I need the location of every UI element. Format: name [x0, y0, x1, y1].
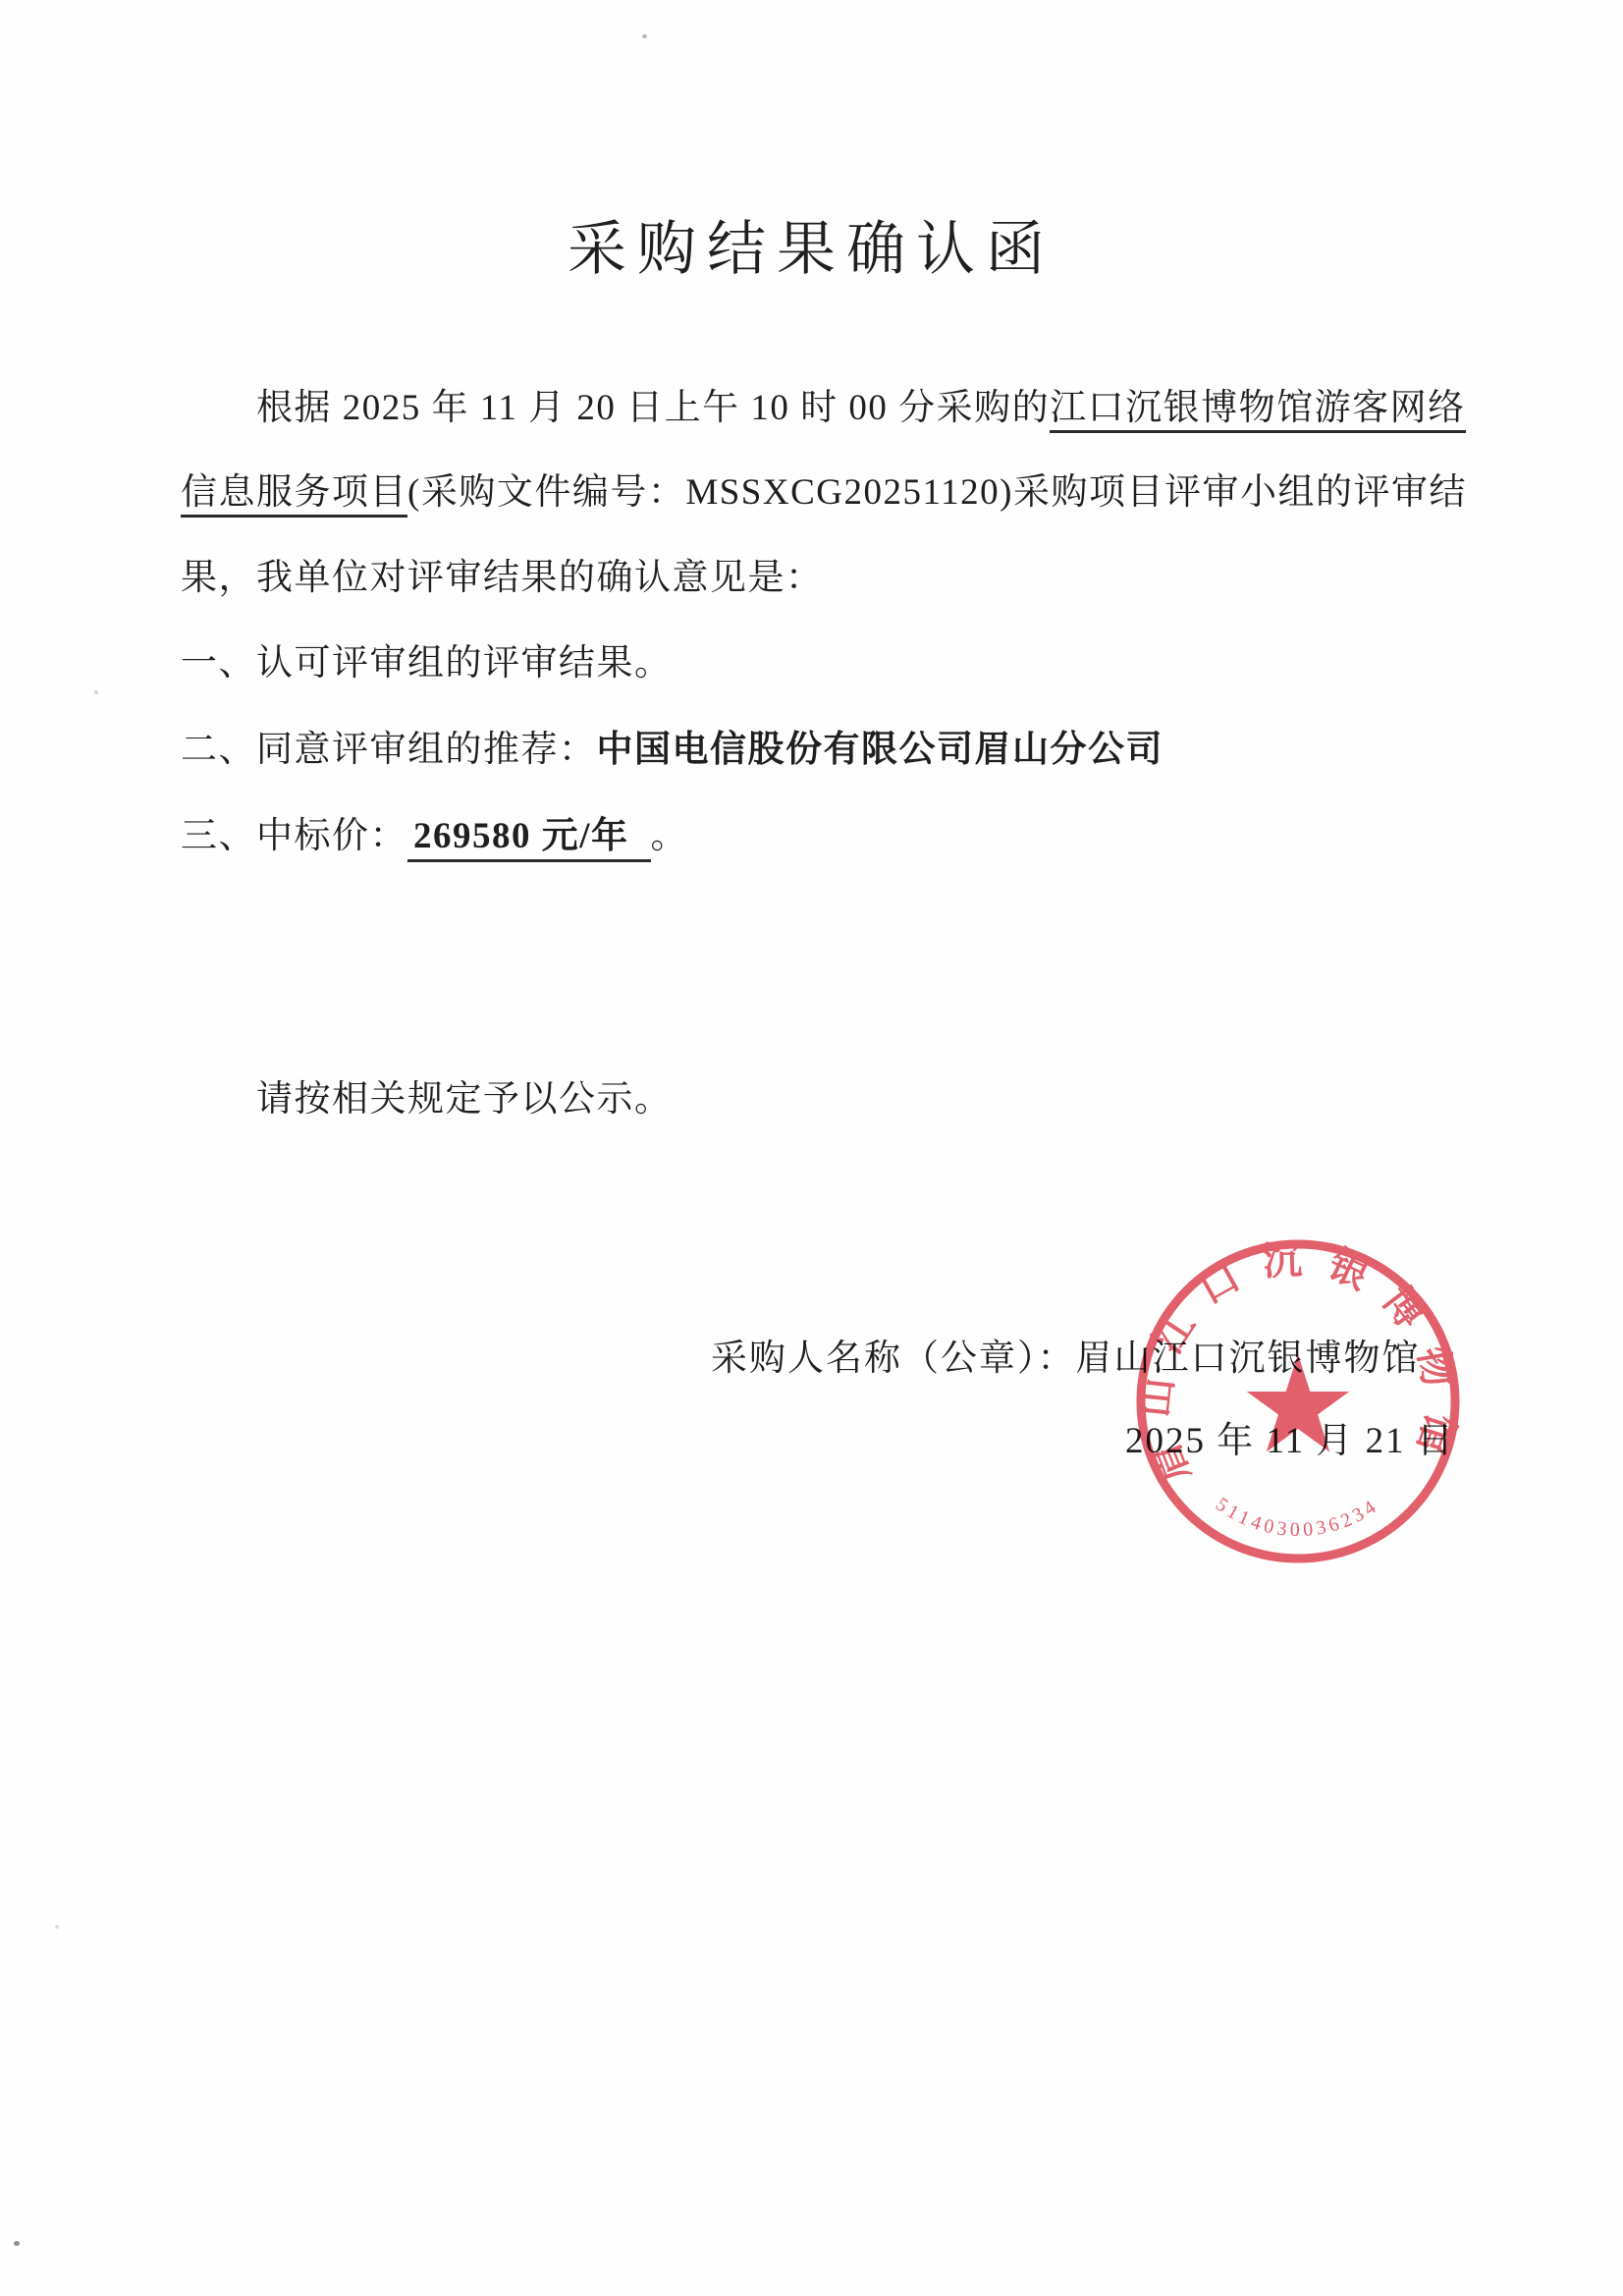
winning-price: 269580 元/年: [407, 816, 651, 862]
line2-text: (采购文件编号：MSSXCG20251120)采购项目评审小组的评审结: [407, 472, 1467, 513]
list-item-2: 二、同意评审组的推荐：中国电信股份有限公司眉山分公司: [181, 729, 1163, 772]
svg-text:5114030036234: 5114030036234: [1212, 1494, 1383, 1541]
item2-label: 二、同意评审组的推荐：: [181, 730, 597, 770]
winning-supplier-name: 中国电信股份有限公司眉山分公司: [597, 730, 1164, 770]
official-red-seal: 眉山江口沉银博物馆 5114030036234: [1102, 1205, 1494, 1598]
item3-label: 三、中标价：: [181, 816, 407, 856]
project-name-underlined-part2: 信息服务项目: [181, 472, 407, 518]
list-item-3: 三、中标价：269580 元/年。: [181, 815, 688, 858]
seal-outer-ring: [1141, 1244, 1455, 1558]
list-item-1: 一、认可评审组的评审结果。: [181, 642, 673, 685]
paragraph-line-2: 信息服务项目(采购文件编号：MSSXCG20251120)采购项目评审小组的评审…: [181, 471, 1467, 515]
paragraph-line-3: 果，我单位对评审结果的确认意见是：: [181, 557, 824, 600]
scanned-document-page: 采购结果确认函 根据 2025 年 11 月 20 日上午 10 时 00 分采…: [0, 0, 1623, 2296]
project-name-underlined-part1: 江口沉银博物馆游客网络: [1050, 388, 1466, 433]
signature-date: 2025 年 11 月 21 日: [1125, 1420, 1455, 1463]
scan-speck: [94, 690, 98, 694]
paragraph-line-1: 根据 2025 年 11 月 20 日上午 10 时 00 分采购的江口沉银博物…: [256, 387, 1466, 430]
item3-period: 。: [651, 816, 689, 856]
seal-serial-number: 5114030036234: [1212, 1494, 1383, 1541]
document-title: 采购结果确认函: [0, 202, 1623, 287]
line1-text: 根据 2025 年 11 月 20 日上午 10 时 00 分采购的: [256, 388, 1050, 428]
purchaser-signature-line: 采购人名称（公章）：眉山江口沉银博物馆: [711, 1338, 1421, 1381]
closing-sentence: 请按相关规定予以公示。: [256, 1078, 673, 1121]
scan-speck: [55, 1925, 59, 1929]
scan-speck: [642, 34, 647, 38]
scan-speck: [14, 2241, 20, 2246]
